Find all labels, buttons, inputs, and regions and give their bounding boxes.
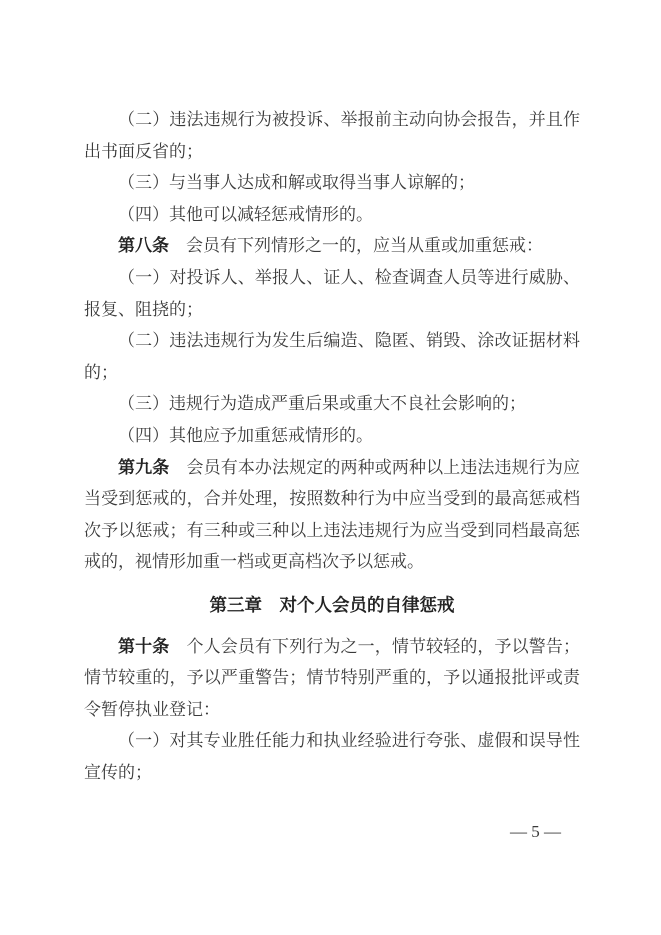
paragraph: 第十条 个人会员有下列行为之一，情节较轻的，予以警告；情节较重的，予以严重警告；… (84, 631, 580, 726)
paragraph: 第九条 会员有本办法规定的两种或两种以上违法违规行为应当受到惩戒的，合并处理，按… (84, 452, 580, 578)
paragraph-text: （一）对投诉人、举报人、证人、检查调查人员等进行威胁、报复、阻挠的； (84, 268, 580, 319)
paragraph-text: （三）与当事人达成和解或取得当事人谅解的； (118, 173, 475, 192)
article-number: 第八条 (118, 236, 169, 255)
paragraph-text: （四）其他应予加重惩戒情形的。 (118, 426, 373, 445)
paragraph-text: （一）对其专业胜任能力和执业经验进行夸张、虚假和误导性宣传的； (84, 731, 580, 782)
paragraph-text: （四）其他可以减轻惩戒情形的。 (118, 205, 373, 224)
paragraph: （四）其他可以减轻惩戒情形的。 (84, 199, 580, 231)
paragraph: （二）违法违规行为发生后编造、隐匿、销毁、涂改证据材料的； (84, 325, 580, 388)
paragraph: （三）与当事人达成和解或取得当事人谅解的； (84, 167, 580, 199)
paragraph-text: （三）违规行为造成严重后果或重大不良社会影响的； (118, 394, 526, 413)
paragraph: （一）对投诉人、举报人、证人、检查调查人员等进行威胁、报复、阻挠的； (84, 262, 580, 325)
chapter-heading: 第三章 对个人会员的自律惩戒 (84, 590, 580, 622)
document-body: （二）违法违规行为被投诉、举报前主动向协会报告，并且作出书面反省的； （三）与当… (84, 104, 580, 788)
paragraph: （四）其他应予加重惩戒情形的。 (84, 420, 580, 452)
page-number: — 5 — (510, 820, 561, 844)
paragraph-text: （二）违法违规行为被投诉、举报前主动向协会报告，并且作出书面反省的； (84, 110, 580, 161)
paragraph: 第八条 会员有下列情形之一的，应当从重或加重惩戒： (84, 230, 580, 262)
paragraph-text: 会员有下列情形之一的，应当从重或加重惩戒： (169, 236, 543, 255)
paragraph: （二）违法违规行为被投诉、举报前主动向协会报告，并且作出书面反省的； (84, 104, 580, 167)
paragraph: （一）对其专业胜任能力和执业经验进行夸张、虚假和误导性宣传的； (84, 725, 580, 788)
paragraph-text: （二）违法违规行为发生后编造、隐匿、销毁、涂改证据材料的； (84, 331, 580, 382)
paragraph: （三）违规行为造成严重后果或重大不良社会影响的； (84, 388, 580, 420)
article-number: 第十条 (118, 637, 169, 656)
document-page: （二）违法违规行为被投诉、举报前主动向协会报告，并且作出书面反省的； （三）与当… (0, 0, 661, 935)
article-number: 第九条 (118, 458, 169, 477)
